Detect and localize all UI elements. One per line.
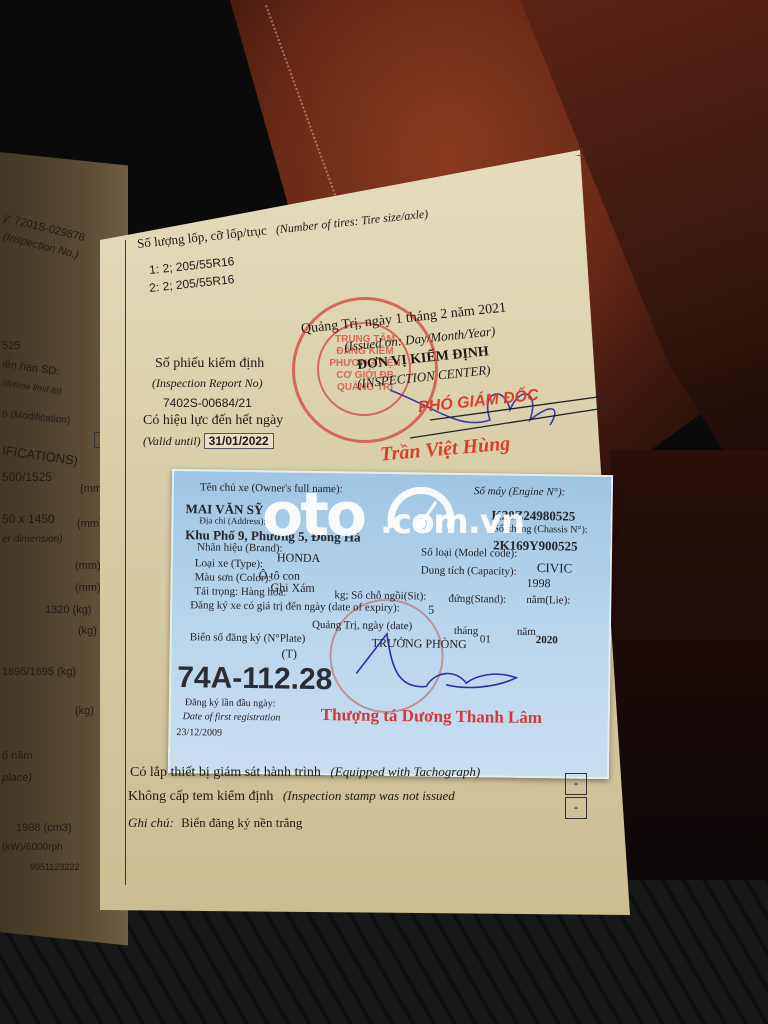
seats: 5 xyxy=(428,603,434,618)
address-label: Địa chỉ (Address): xyxy=(199,515,266,526)
stamp-not-issued-label: Không cấp tem kiểm định xyxy=(128,789,273,804)
model: CIVIC xyxy=(537,560,573,576)
first-reg-label: Đăng ký lần đầu ngày: xyxy=(185,697,276,709)
type-label: Loại xe (Type): xyxy=(195,557,263,570)
capacity-label: Dung tích (Capacity): xyxy=(421,564,517,577)
valid-until-row: (Valid until) 31/01/2022 xyxy=(143,433,274,449)
left-text: (mm) xyxy=(75,582,101,594)
left-text: (mm) xyxy=(75,560,101,572)
report-no-label-en: (Inspection Report No) xyxy=(152,376,263,391)
left-text: 1998 (cm3) xyxy=(16,822,72,834)
color-label: Màu sơn (Color): xyxy=(195,571,272,584)
note-row: Ghi chú: Biển đăng ký nền trắng xyxy=(128,815,302,831)
stamp-not-issued-row: Không cấp tem kiểm định (Inspection stam… xyxy=(128,788,455,805)
left-text: 1320 (kg) xyxy=(45,604,91,616)
plate-label: Biển số đăng ký (N°Plate) xyxy=(190,631,306,645)
note-label: Ghi chú: xyxy=(128,815,174,830)
left-text: 1695/1695 (kg) xyxy=(2,666,76,678)
officer-signature xyxy=(346,623,527,706)
stand-label: đứng(Stand): xyxy=(448,593,506,606)
plate-number: 74A-112.28 xyxy=(177,661,333,697)
tachograph-label-en: (Equipped with Tachograph) xyxy=(330,764,480,779)
color: Ghi Xám xyxy=(270,580,315,596)
plate-suffix: (T) xyxy=(281,646,297,661)
stamp-not-issued-label-en: (Inspection stamp was not issued xyxy=(283,788,455,803)
left-text: (kg) xyxy=(78,625,97,637)
watermark-brand: oto xyxy=(262,480,364,550)
expiry-label: Đăng ký xe có giá trị đến ngày (date of … xyxy=(190,599,400,614)
first-reg-label-en: Date of first registration xyxy=(183,711,281,723)
stamp-not-issued-value-box: - xyxy=(565,797,587,819)
lie-label: nằm(Lie): xyxy=(526,594,570,607)
valid-until-date: 31/01/2022 xyxy=(204,433,274,449)
left-text: 500/1525 xyxy=(2,470,52,484)
report-no-label: Số phiếu kiểm định xyxy=(155,356,264,372)
report-no: 7402S-00684/21 xyxy=(163,396,252,410)
left-text: 9951123222 xyxy=(30,862,79,872)
brand: HONDA xyxy=(277,550,321,566)
left-text: (mm) xyxy=(77,518,103,530)
left-text: 50 x 1450 xyxy=(2,512,55,526)
dark-background xyxy=(610,450,768,900)
year: 2020 xyxy=(536,634,558,646)
speedometer-icon xyxy=(384,478,458,552)
first-reg-date: 23/12/2009 xyxy=(176,727,222,739)
left-text: ổ năm xyxy=(2,750,33,762)
capacity: 1998 xyxy=(526,576,550,591)
left-text: er dimension) xyxy=(2,534,63,545)
valid-until-label: Có hiệu lực đến hết ngày xyxy=(143,413,283,429)
oto-com-vn-watermark: oto .com.vn xyxy=(262,472,522,552)
left-text: (kW)/6000rph xyxy=(2,842,63,853)
tachograph-label: Có lắp thiết bị giám sát hành trình xyxy=(130,765,321,780)
note-value: Biển đăng ký nền trắng xyxy=(181,815,302,830)
tachograph-row: Có lắp thiết bị giám sát hành trình (Equ… xyxy=(130,764,480,781)
left-text: (kg) xyxy=(75,705,94,717)
left-text: 525 xyxy=(2,340,20,352)
left-text: place) xyxy=(2,772,32,784)
tachograph-value-box: - xyxy=(565,773,587,795)
valid-until-label-en: (Valid until) xyxy=(143,434,201,448)
officer-name: Thượng tá Dương Thanh Lâm xyxy=(321,705,543,728)
